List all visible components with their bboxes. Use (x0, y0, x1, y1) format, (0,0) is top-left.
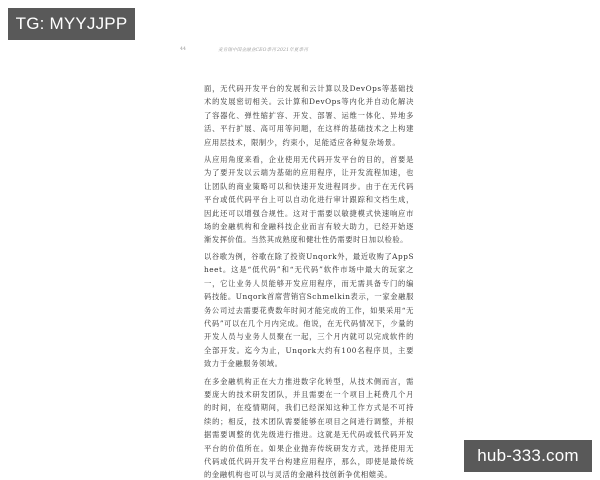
article-body: 面，无代码开发平台的发展和云计算以及DevOps等基础技术的发展密切相关。云计算… (204, 82, 414, 480)
paragraph-3: 以谷歌为例，谷歌在除了投资Unqork外，最近收购了AppSheet。这是“低代… (204, 250, 414, 371)
paragraph-1: 面，无代码开发平台的发展和云计算以及DevOps等基础技术的发展密切相关。云计算… (204, 82, 414, 149)
watermark-bottom-right: hub-333.com (464, 440, 592, 472)
journal-title: 麦肯锡中国金融业CEO季刊 (218, 47, 276, 53)
paragraph-4: 在多金融机构正在大力推进数字化转型，从技术侧而言，需要庞大的技术研发团队，并且需… (204, 375, 414, 480)
page-number: 44 (180, 47, 186, 52)
paragraph-2: 从应用角度来看，企业使用无代码开发平台的目的，首要是为了要开发以云端为基础的应用… (204, 153, 414, 247)
document-page: 44 麦肯锡中国金融业CEO季刊 2021年夏季刊 面，无代码开发平台的发展和云… (0, 0, 600, 480)
watermark-top-left: TG: MYYJJPP (8, 8, 135, 40)
issue-label: 2021年夏季刊 (277, 47, 308, 53)
